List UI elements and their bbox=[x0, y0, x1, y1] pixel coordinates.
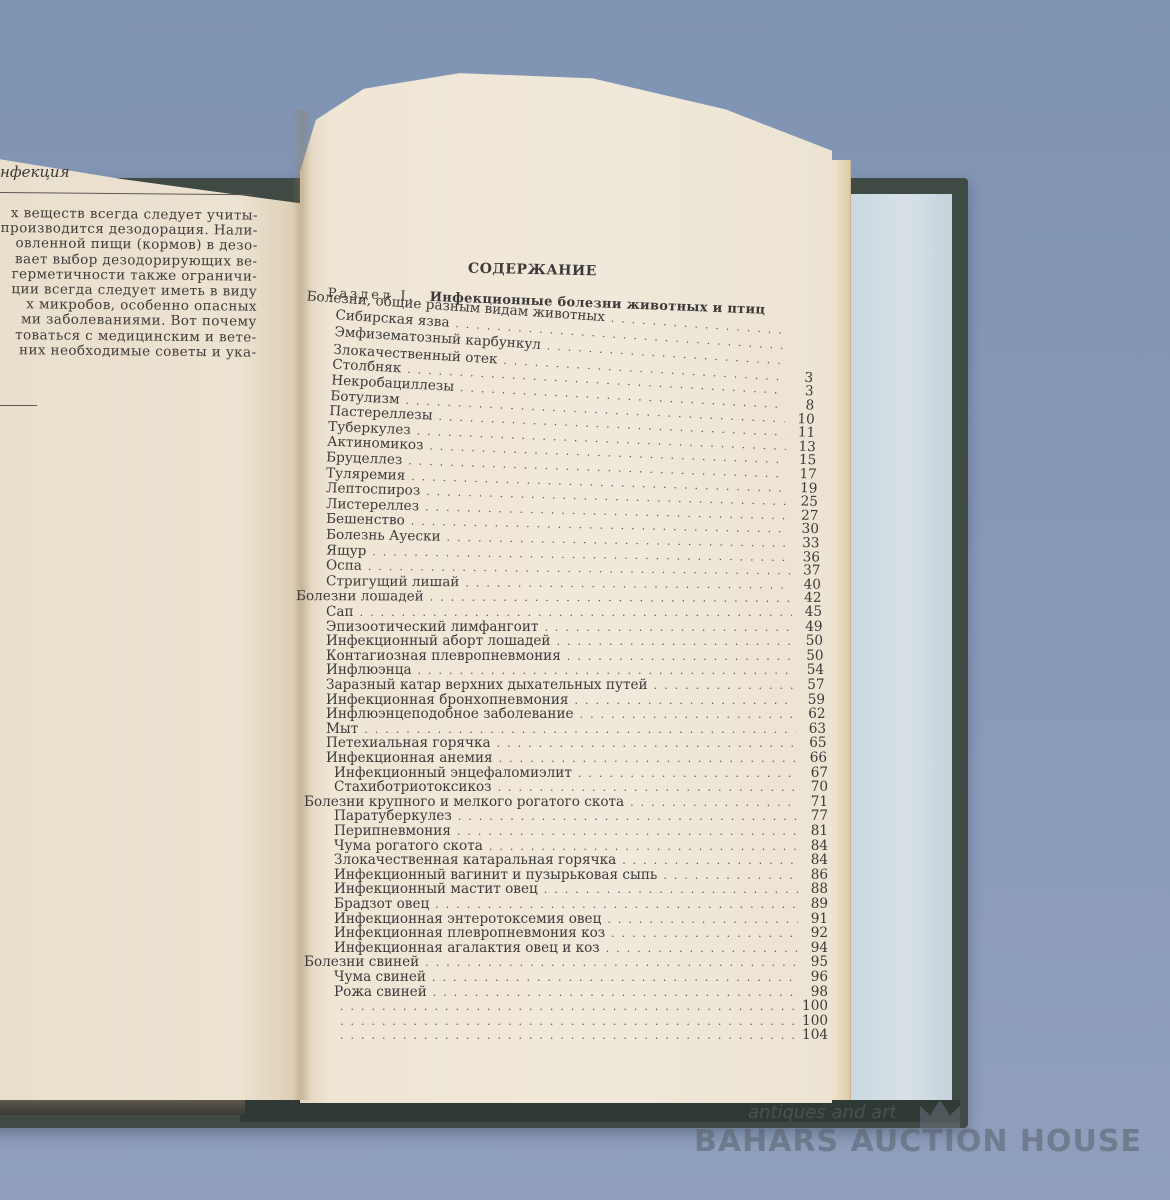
toc-entry-text: Петехиальная горячка bbox=[326, 735, 491, 751]
toc-entry-text: Чума рогатого скота bbox=[334, 838, 483, 854]
toc-entry-text: Инфлюэнца bbox=[326, 662, 412, 678]
toc-entry-row: Инфекционный мастит овец................… bbox=[334, 881, 828, 897]
leader-dots: ........................................… bbox=[556, 635, 793, 648]
leader-dots: ........................................… bbox=[499, 752, 797, 765]
toc-entry-text: Болезни крупного и мелкого рогатого скот… bbox=[304, 794, 624, 810]
leader-dots: ........................................… bbox=[611, 927, 798, 940]
toc-page-number: 95 bbox=[804, 954, 828, 970]
footnote-rule bbox=[0, 405, 37, 406]
toc-page-number: 63 bbox=[802, 721, 826, 737]
toc-entry-row: Перипневмония...........................… bbox=[334, 823, 828, 839]
toc-entry-text: Перипневмония bbox=[334, 823, 451, 839]
leader-dots: ........................................… bbox=[497, 737, 797, 750]
toc-entry-text: Мыт bbox=[326, 721, 358, 737]
toc-page-number: 96 bbox=[804, 969, 828, 985]
toc-title: СОДЕРЖАНИЕ bbox=[468, 261, 597, 280]
toc-entry-row: Инфекционная анемия.....................… bbox=[326, 750, 827, 766]
leader-dots: ........................................… bbox=[458, 810, 798, 823]
toc-page-number bbox=[788, 349, 812, 351]
leader-dots: ........................................… bbox=[544, 883, 798, 896]
toc-entry-row: Инфекционная бронхопневмония............… bbox=[326, 692, 825, 708]
toc-page-number: 81 bbox=[804, 823, 828, 839]
toc-page-number: 50 bbox=[799, 633, 823, 649]
toc-page-number bbox=[788, 365, 812, 367]
toc-page-number: 91 bbox=[804, 911, 828, 927]
leader-dots: ........................................… bbox=[340, 1015, 796, 1028]
toc-page-number: 100 bbox=[802, 998, 828, 1014]
leader-dots: ........................................… bbox=[663, 869, 798, 882]
toc-entry-row: Чума свиней.............................… bbox=[334, 969, 828, 985]
toc-entry-row: ........................................… bbox=[334, 1013, 828, 1029]
leader-dots: ........................................… bbox=[580, 708, 796, 721]
toc-entry-row: Инфлюэнцеподобное заболевание...........… bbox=[326, 706, 826, 722]
toc-page-number: 98 bbox=[804, 984, 828, 1000]
running-header: нфекция bbox=[0, 163, 70, 181]
toc-page-number: 77 bbox=[804, 808, 828, 824]
toc-entry-text: Оспа bbox=[326, 558, 362, 574]
leader-dots: ........................................… bbox=[340, 1000, 796, 1013]
toc-entry-text: Инфлюэнцеподобное заболевание bbox=[326, 706, 574, 722]
toc-entry-row: Заразный катар верхних дыхательных путей… bbox=[326, 677, 825, 693]
toc-entry-row: Эпизоотический лимфангоит...............… bbox=[326, 619, 823, 635]
toc-page-number: 84 bbox=[804, 852, 828, 868]
toc-entry-text: Заразный катар верхних дыхательных путей bbox=[326, 677, 648, 693]
toc-entry-text: Эпизоотический лимфангоит bbox=[326, 619, 538, 635]
toc-page-number: 71 bbox=[804, 794, 828, 810]
toc-entry-text: Инфекционная агалактия овец и коз bbox=[334, 940, 600, 956]
endpaper bbox=[840, 194, 952, 1102]
toc-page-number: 54 bbox=[800, 662, 824, 678]
leader-dots: ........................................… bbox=[433, 986, 798, 999]
leader-dots: ........................................… bbox=[622, 854, 798, 867]
toc-entry-text: Контагиозная плевропневмония bbox=[326, 648, 561, 664]
watermark-brand: BAHARS AUCTION HOUSE bbox=[694, 1124, 1142, 1159]
body-line: них необходимые советы и ука- bbox=[0, 343, 257, 361]
toc-entry-row: Стахиботриотоксикоз.....................… bbox=[334, 779, 828, 795]
leader-dots: ........................................… bbox=[435, 898, 798, 911]
toc-entry-row: Инфлюэнца...............................… bbox=[326, 662, 824, 678]
toc-page-number bbox=[787, 334, 811, 336]
leader-dots: ........................................… bbox=[607, 913, 798, 926]
toc-entry-row: ........................................… bbox=[334, 1027, 828, 1043]
toc-entry-row: Инфекционная плевропневмония коз........… bbox=[334, 925, 828, 941]
left-page-body: х веществ всегда следует учиты- производ… bbox=[0, 206, 258, 361]
toc-entry-text: Злокачественная катаральная горячка bbox=[334, 852, 616, 868]
toc-page-number: 100 bbox=[802, 1013, 828, 1029]
toc-entry-text: Стахиботриотоксикоз bbox=[334, 779, 492, 795]
toc-entry-row: Сап.....................................… bbox=[326, 604, 822, 620]
toc-entry-text: Инфекционная плевропневмония коз bbox=[334, 925, 605, 941]
toc-page-number: 92 bbox=[804, 925, 828, 941]
leader-dots: ........................................… bbox=[418, 664, 794, 677]
toc-entry-row: Инфекционная энтеротоксемия овец........… bbox=[334, 911, 828, 927]
leader-dots: ........................................… bbox=[489, 840, 798, 853]
toc-page-number: 66 bbox=[803, 750, 827, 766]
toc-entry-text: Инфекционный вагинит и пузырьковая сыпь bbox=[334, 867, 657, 883]
leader-dots: ........................................… bbox=[606, 942, 798, 955]
toc-entry-row: ........................................… bbox=[334, 998, 828, 1014]
toc-entry-text: Чума свиней bbox=[334, 969, 426, 985]
toc-entry-row: Инфекционный энцефаломиэлит.............… bbox=[334, 765, 828, 781]
toc-entry-text: Инфекционный энцефаломиэлит bbox=[334, 765, 572, 781]
toc-page-number: 59 bbox=[801, 692, 825, 708]
toc-page-number: 88 bbox=[804, 881, 828, 897]
toc-page-number: 57 bbox=[801, 677, 825, 693]
toc-page-number: 70 bbox=[804, 779, 828, 795]
toc-entry-row: Чума рогатого скота.....................… bbox=[334, 838, 828, 854]
leader-dots: ........................................… bbox=[498, 781, 798, 794]
toc-page-number: 104 bbox=[802, 1027, 828, 1043]
toc-entry-text: Инфекционный аборт лошадей bbox=[326, 633, 550, 649]
toc-entry-row: Брадзот овец............................… bbox=[334, 896, 828, 912]
toc-entry-row: Паратуберкулез..........................… bbox=[334, 808, 828, 824]
leader-dots: ........................................… bbox=[574, 694, 795, 707]
toc-entry-text: Болезни свиней bbox=[304, 954, 419, 970]
toc-page-number: 89 bbox=[804, 896, 828, 912]
toc-page-number: 94 bbox=[804, 940, 828, 956]
toc-entry-row: Инфекционный аборт лошадей..............… bbox=[326, 633, 823, 649]
toc-entry-text: Брадзот овец bbox=[334, 896, 429, 912]
leader-dots: ........................................… bbox=[457, 825, 798, 838]
toc-entry-row: Инфекционная агалактия овец и коз.......… bbox=[334, 940, 828, 956]
toc-entry-row: Мыт.....................................… bbox=[326, 721, 826, 737]
toc-page-number: 49 bbox=[799, 619, 823, 635]
toc-entry-row: Злокачественная катаральная горячка.....… bbox=[334, 852, 828, 868]
leader-dots: ........................................… bbox=[567, 650, 794, 663]
toc-entry-text: Инфекционная энтеротоксемия овец bbox=[334, 911, 601, 927]
toc-category-row: Болезни свиней..........................… bbox=[304, 954, 828, 970]
toc-entry-row: Инфекционный вагинит и пузырьковая сыпь.… bbox=[334, 867, 828, 883]
leader-dots: ........................................… bbox=[432, 971, 798, 984]
toc-entry-text: Сап bbox=[326, 604, 354, 620]
toc-entry-text: Паратуберкулез bbox=[334, 808, 452, 824]
toc-entry-row: Контагиозная плевропневмония............… bbox=[326, 648, 824, 664]
toc-page-number: 65 bbox=[803, 735, 827, 751]
toc-page-number: 45 bbox=[798, 604, 822, 620]
leader-dots: ........................................… bbox=[425, 956, 798, 969]
spine-gutter bbox=[292, 110, 312, 1100]
leader-dots: ........................................… bbox=[360, 606, 792, 619]
toc-entry-text: Инфекционная анемия bbox=[326, 750, 493, 766]
leader-dots: ........................................… bbox=[544, 621, 792, 634]
toc-page-number: 50 bbox=[800, 648, 824, 664]
toc-page-number: 84 bbox=[804, 838, 828, 854]
toc-entry-row: Рожа свиней.............................… bbox=[334, 984, 828, 1000]
toc-page-number: 86 bbox=[804, 867, 828, 883]
toc-entry-text: Рожа свиней bbox=[334, 984, 427, 1000]
toc-entry-text: Инфекционный мастит овец bbox=[334, 881, 538, 897]
watermark-tagline: antiques and art bbox=[748, 1102, 897, 1123]
toc-page-number: 67 bbox=[804, 765, 828, 781]
leader-dots: ........................................… bbox=[654, 679, 795, 692]
toc-entry-text: Ящур bbox=[326, 542, 367, 559]
toc-category-row: Болезни крупного и мелкого рогатого скот… bbox=[304, 794, 828, 810]
toc-entry-row: Петехиальная горячка....................… bbox=[326, 735, 827, 751]
toc-entry-text: Болезни лошадей bbox=[296, 588, 424, 604]
leader-dots: ........................................… bbox=[630, 796, 798, 809]
leader-dots: ........................................… bbox=[578, 767, 798, 780]
leader-dots: ........................................… bbox=[364, 723, 796, 736]
toc-entry-text: Инфекционная бронхопневмония bbox=[326, 692, 568, 708]
leader-dots: ........................................… bbox=[340, 1029, 796, 1042]
toc-page-number: 62 bbox=[802, 706, 826, 722]
